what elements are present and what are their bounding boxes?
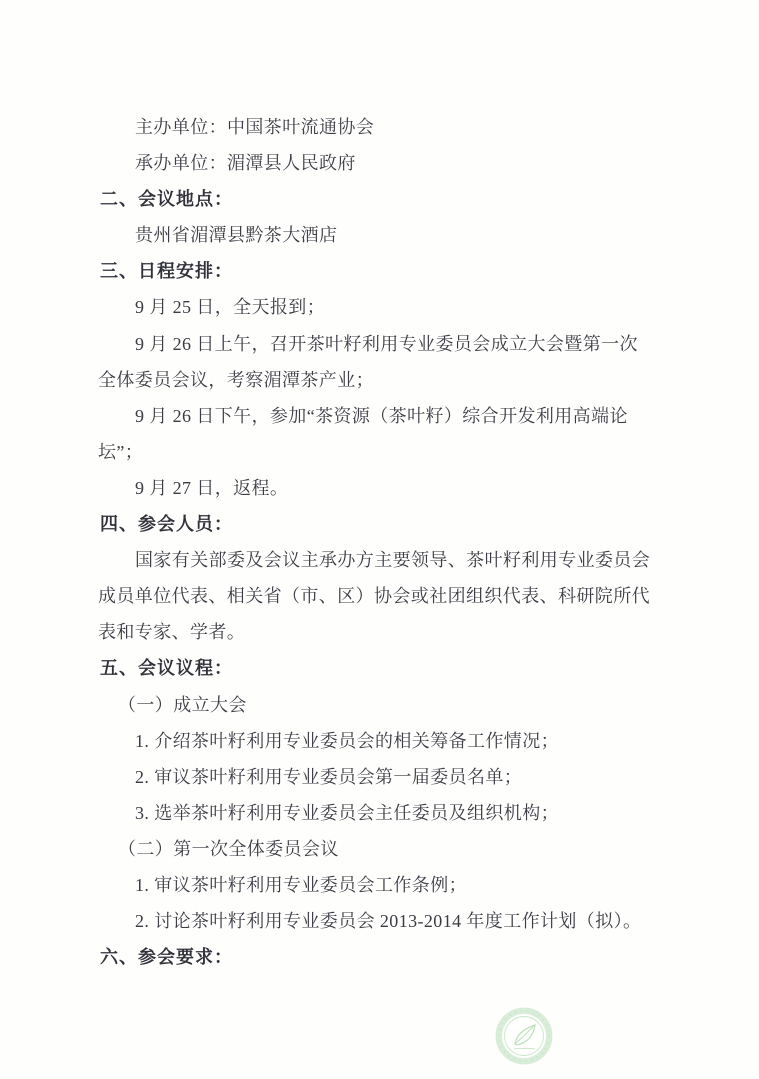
document-line: 成员单位代表、相关省（市、区）协会或社团组织代表、科研院所代 — [98, 578, 759, 614]
document-line: 1. 介绍茶叶籽利用专业委员会的相关筹备工作情况； — [135, 723, 759, 759]
document-line: 1. 审议茶叶籽利用专业委员会工作条例； — [135, 867, 759, 903]
document-line: 主办单位：中国茶叶流通协会 — [135, 109, 759, 145]
document-line: 贵州省湄潭县黔茶大酒店 — [135, 217, 759, 253]
document-line: 9 月 26 日上午，召开茶叶籽利用专业委员会成立大会暨第一次 — [135, 326, 759, 362]
document-line: 二、会议地点： — [100, 181, 759, 217]
document-line: 六、参会要求： — [100, 939, 759, 975]
document-line: （一）成立大会 — [118, 687, 759, 723]
document-line: 9 月 25 日，全天报到； — [135, 289, 759, 325]
document-line: 2. 讨论茶叶籽利用专业委员会 2013-2014 年度工作计划（拟）。 — [135, 903, 759, 939]
document-line: 国家有关部委及会议主承办方主要领导、茶叶籽利用专业委员会 — [135, 542, 759, 578]
document-line: 四、参会人员： — [100, 506, 759, 542]
document-line: （二）第一次全体委员会议 — [118, 831, 759, 867]
document-line: 表和专家、学者。 — [98, 614, 759, 650]
document-page: 主办单位：中国茶叶流通协会承办单位：湄潭县人民政府二、会议地点：贵州省湄潭县黔茶… — [0, 0, 759, 1079]
document-line: 承办单位：湄潭县人民政府 — [135, 145, 759, 181]
document-line: 五、会议议程： — [100, 650, 759, 686]
leaf-logo-icon — [495, 1007, 553, 1065]
leaf-logo-watermark — [495, 1007, 553, 1065]
document-line: 9 月 27 日，返程。 — [135, 470, 759, 506]
document-line: 3. 选举茶叶籽利用专业委员会主任委员及组织机构； — [135, 795, 759, 831]
document-line: 9 月 26 日下午，参加“茶资源（茶叶籽）综合开发利用高端论 — [135, 398, 759, 434]
document-line: 坛”； — [98, 434, 759, 470]
document-line: 全体委员会议，考察湄潭茶产业； — [98, 362, 759, 398]
document-line: 三、日程安排： — [100, 253, 759, 289]
document-body: 主办单位：中国茶叶流通协会承办单位：湄潭县人民政府二、会议地点：贵州省湄潭县黔茶… — [0, 0, 759, 975]
document-line: 2. 审议茶叶籽利用专业委员会第一届委员名单； — [135, 759, 759, 795]
